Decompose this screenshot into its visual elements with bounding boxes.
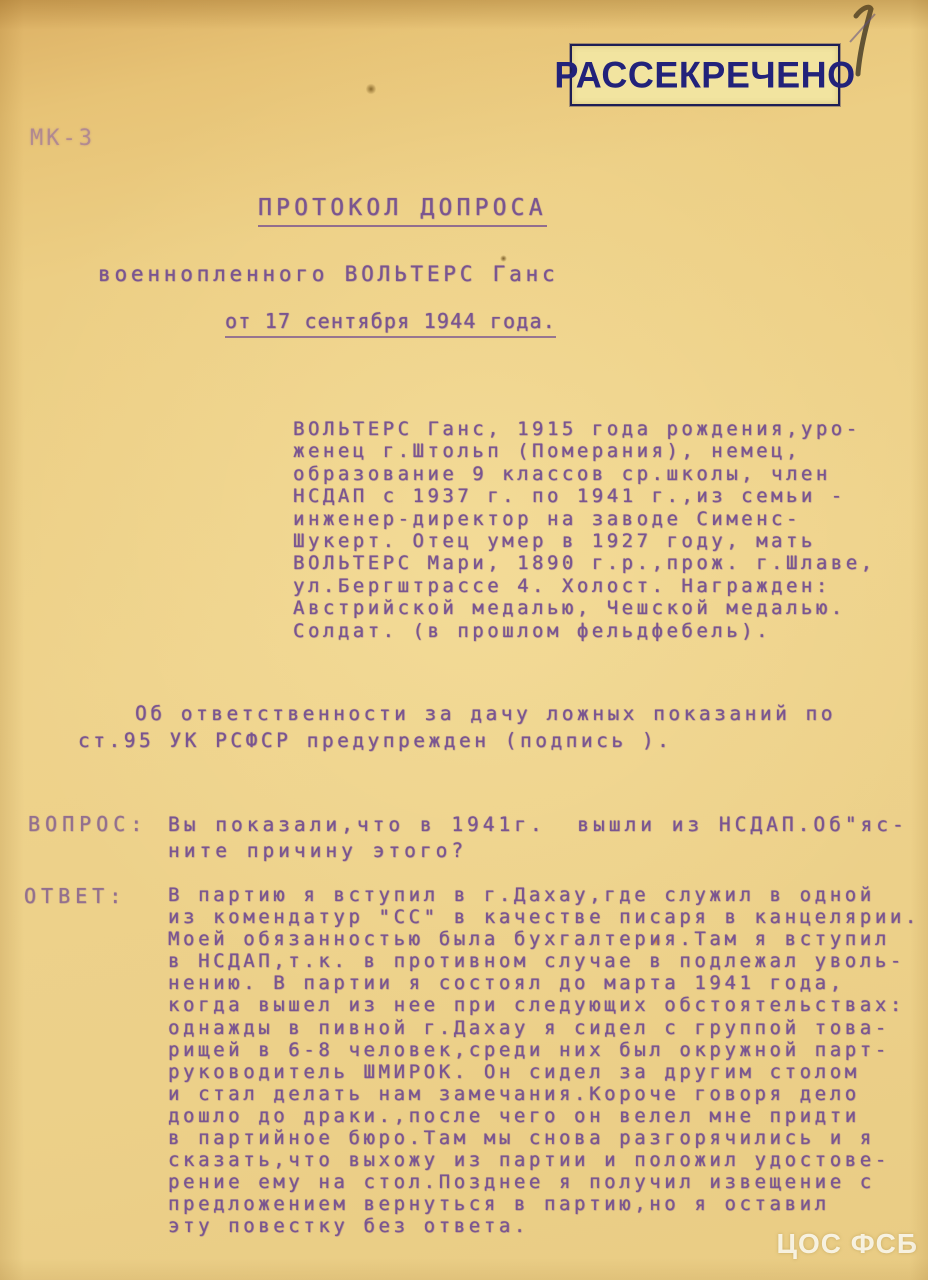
document-title: ПРОТОКОЛ ДОПРОСА	[258, 195, 547, 227]
handwritten-page-number	[842, 2, 888, 80]
form-code: МК-3	[30, 126, 95, 151]
question-label: ВОПРОС:	[28, 812, 147, 836]
handwritten-one-icon	[842, 2, 888, 80]
biography-paragraph: ВОЛЬТЕРС Ганс, 1915 года рождения,уро- ж…	[293, 418, 876, 642]
paper-stain	[500, 255, 507, 262]
warning-paragraph: Об ответственности за дачу ложных показа…	[78, 700, 836, 754]
declassified-stamp-text: РАССЕКРЕЧЕНО	[554, 53, 855, 97]
answer-label: ОТВЕТ:	[24, 884, 126, 908]
paper-stain	[366, 83, 376, 95]
answer-text: В партию я вступил в г.Дахау,где служил …	[168, 884, 920, 1238]
document-page: МК-3 РАССЕКРЕЧЕНО ПРОТОКОЛ ДОПРОСА военн…	[0, 0, 928, 1280]
date-line: от 17 сентября 1944 года.	[225, 309, 556, 338]
declassified-stamp: РАССЕКРЕЧЕНО	[570, 44, 840, 106]
archive-watermark: ЦОС ФСБ	[777, 1228, 918, 1260]
subject-line: военнопленного ВОЛЬТЕРС Ганс	[98, 262, 558, 286]
question-text: Вы показали,что в 1941г. вышли из НСДАП.…	[168, 812, 908, 864]
